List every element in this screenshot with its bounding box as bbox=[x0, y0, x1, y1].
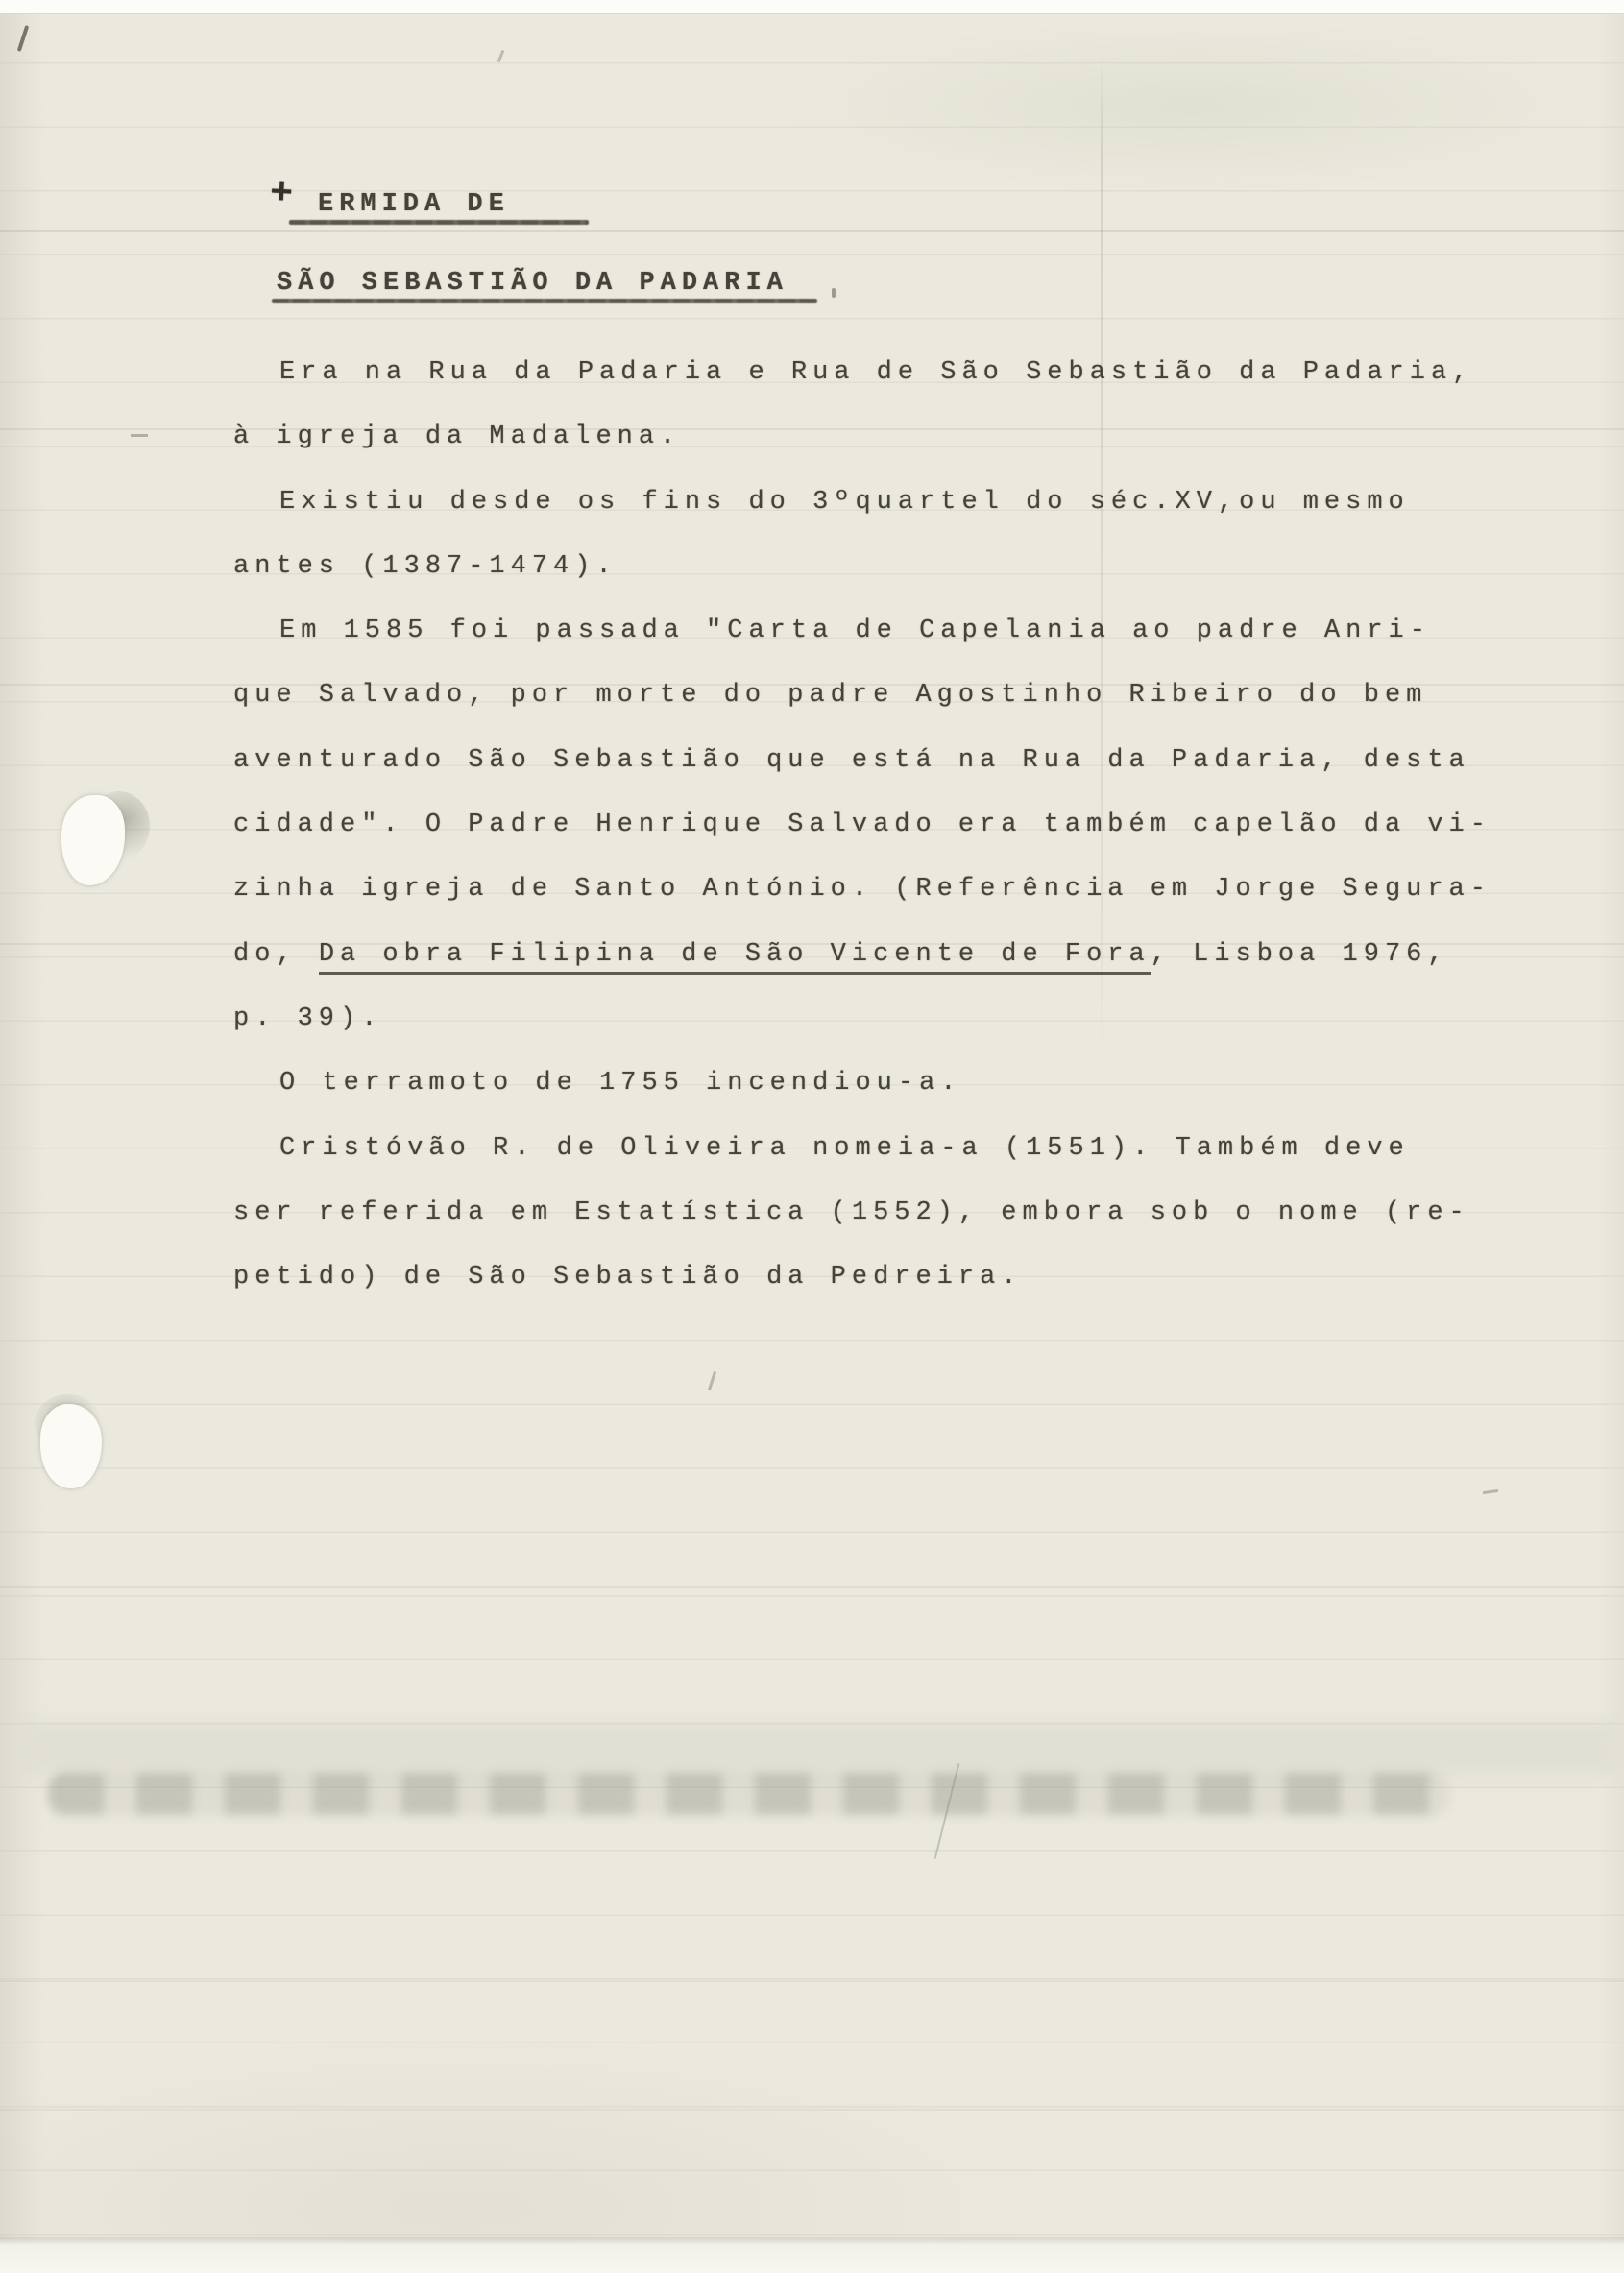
paper-mark bbox=[708, 1371, 716, 1390]
text-line: Cristóvão R. de Oliveira nomeia-a (1551)… bbox=[233, 1117, 1559, 1181]
text-line: Existiu desde os fins do 3ºquartel do sé… bbox=[233, 471, 1559, 535]
text-line: à igreja da Madalena. bbox=[233, 405, 1559, 470]
punch-hole bbox=[40, 1404, 102, 1488]
paper-mark bbox=[1483, 1489, 1498, 1494]
text-segment: Cristóvão R. de Oliveira nomeia-a (1551)… bbox=[279, 1134, 1410, 1163]
paper-mark bbox=[832, 288, 836, 298]
text-segment: Existiu desde os fins do 3ºquartel do sé… bbox=[279, 488, 1410, 517]
text-segment: O terramoto de 1755 incendiou-a. bbox=[279, 1069, 961, 1098]
underlined-text-segment: Da obra Filipina de São Vicente de Fora bbox=[319, 940, 1151, 975]
heading-underline bbox=[272, 299, 817, 303]
scan-line bbox=[0, 1586, 1624, 1588]
text-segment: , Lisboa 1976, bbox=[1151, 940, 1449, 969]
text-segment: petido) de São Sebastião da Pedreira. bbox=[233, 1263, 1023, 1292]
text-segment: p. 39). bbox=[233, 1004, 382, 1033]
paper-mark bbox=[17, 25, 29, 52]
text-line: p. 39). bbox=[233, 987, 1559, 1052]
heading-underline bbox=[289, 220, 589, 225]
text-line: Em 1585 foi passada "Carta de Capelania … bbox=[233, 599, 1559, 664]
text-segment: Era na Rua da Padaria e Rua de São Sebas… bbox=[279, 358, 1473, 387]
text-line: que Salvado, por morte do padre Agostinh… bbox=[233, 664, 1559, 728]
scan-top-edge bbox=[0, 0, 1624, 14]
text-line: petido) de São Sebastião da Pedreira. bbox=[233, 1245, 1559, 1310]
text-line: O terramoto de 1755 incendiou-a. bbox=[233, 1052, 1559, 1116]
punch-hole bbox=[61, 795, 125, 885]
text-segment: ser referida em Estatística (1552), embo… bbox=[233, 1198, 1470, 1227]
document-title-line-2: SÃO SEBASTIÃO DA PADARIA bbox=[277, 271, 788, 297]
text-line: do, Da obra Filipina de São Vicente de F… bbox=[233, 923, 1559, 987]
scan-smudge-band bbox=[29, 1722, 1613, 1776]
text-line: antes (1387-1474). bbox=[233, 535, 1559, 599]
typewritten-body: Era na Rua da Padaria e Rua de São Sebas… bbox=[233, 341, 1559, 1310]
text-segment: antes (1387-1474). bbox=[233, 552, 618, 581]
text-line: zinha igreja de Santo António. (Referênc… bbox=[233, 858, 1559, 922]
text-line: cidade". O Padre Henrique Salvado era ta… bbox=[233, 793, 1559, 858]
text-segment: do, bbox=[233, 940, 319, 969]
paper-mark bbox=[497, 50, 505, 62]
paper-bottom-edge bbox=[0, 2237, 1624, 2273]
scan-line bbox=[0, 1980, 1624, 1982]
text-segment: aventurado São Sebastião que está na Rua… bbox=[233, 746, 1470, 775]
text-segment: cidade". O Padre Henrique Salvado era ta… bbox=[233, 810, 1491, 839]
scan-line bbox=[0, 2109, 1624, 2111]
text-segment: que Salvado, por morte do padre Agostinh… bbox=[233, 681, 1427, 710]
text-segment: zinha igreja de Santo António. (Referênc… bbox=[233, 875, 1491, 904]
text-line: aventurado São Sebastião que está na Rua… bbox=[233, 729, 1559, 793]
handwritten-cross-mark: + bbox=[269, 174, 294, 215]
text-segment: Em 1585 foi passada "Carta de Capelania … bbox=[279, 617, 1431, 645]
text-segment: à igreja da Madalena. bbox=[233, 423, 681, 451]
scan-line bbox=[0, 230, 1624, 232]
paper-mark bbox=[131, 434, 148, 437]
scan-smudge-band bbox=[48, 1773, 1450, 1815]
text-line: ser referida em Estatística (1552), embo… bbox=[233, 1181, 1559, 1245]
text-line: Era na Rua da Padaria e Rua de São Sebas… bbox=[233, 341, 1559, 405]
document-title-line-1: ERMIDA DE bbox=[318, 192, 510, 218]
scanned-page: + ERMIDA DE SÃO SEBASTIÃO DA PADARIA Era… bbox=[0, 0, 1624, 2273]
